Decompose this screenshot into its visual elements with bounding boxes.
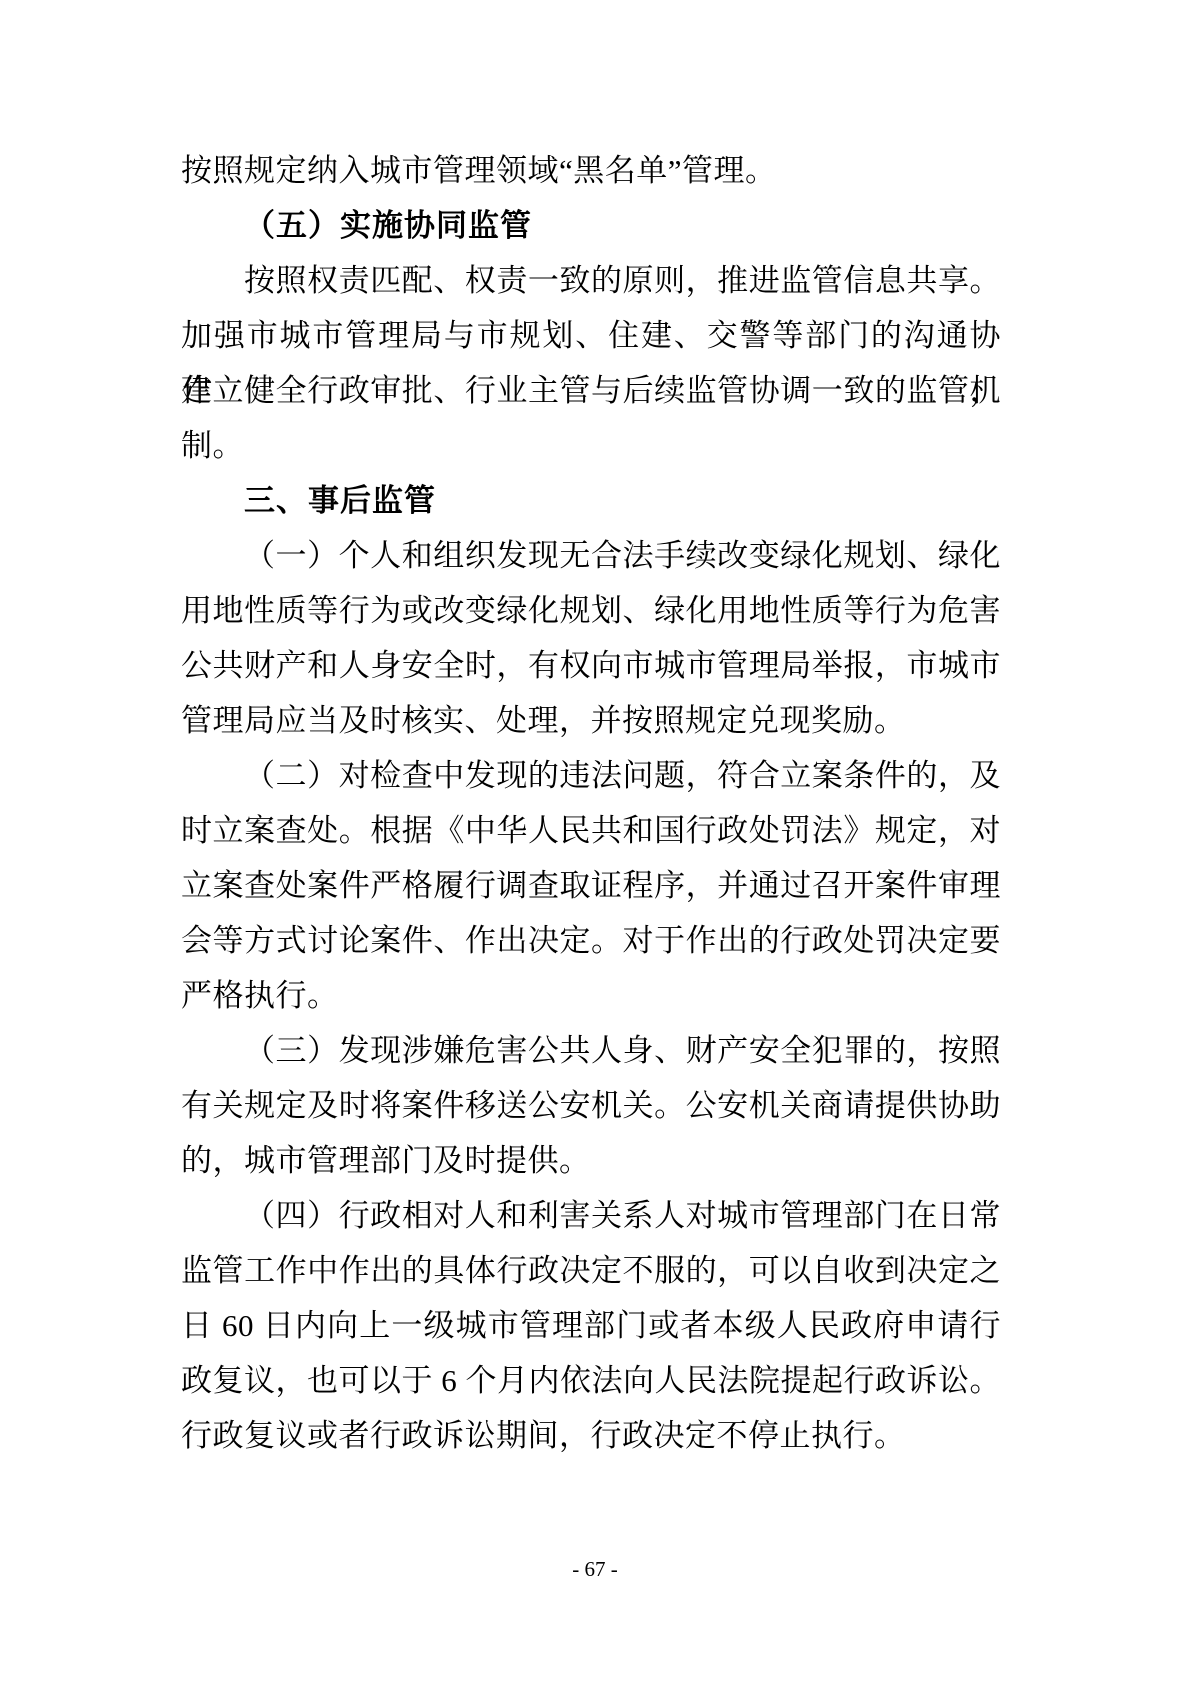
text-line: 时立案查处。根据《中华人民共和国行政处罚法》规定，对 xyxy=(181,803,1001,858)
text-line: 制。 xyxy=(181,418,1001,473)
text-line: 用地性质等行为或改变绿化规划、绿化用地性质等行为危害 xyxy=(181,583,1001,638)
section-heading: 三、事后监管 xyxy=(181,473,1001,528)
text-line: 政复议，也可以于 6 个月内依法向人民法院提起行政诉讼。 xyxy=(181,1353,1001,1408)
text-line: （四）行政相对人和利害关系人对城市管理部门在日常 xyxy=(181,1188,1001,1243)
text-line: （二）对检查中发现的违法问题，符合立案条件的，及 xyxy=(181,748,1001,803)
text-line: 会等方式讨论案件、作出决定。对于作出的行政处罚决定要 xyxy=(181,913,1001,968)
document-body: 按照规定纳入城市管理领域“黑名单”管理。（五）实施协同监管按照权责匹配、权责一致… xyxy=(181,143,1001,1463)
text-line: 立案查处案件严格履行调查取证程序，并通过召开案件审理 xyxy=(181,858,1001,913)
text-line: 监管工作中作出的具体行政决定不服的，可以自收到决定之 xyxy=(181,1243,1001,1298)
text-line: 的，城市管理部门及时提供。 xyxy=(181,1133,1001,1188)
text-line: 严格执行。 xyxy=(181,968,1001,1023)
text-line: 按照权责匹配、权责一致的原则，推进监管信息共享。 xyxy=(181,253,1001,308)
document-page: 按照规定纳入城市管理领域“黑名单”管理。（五）实施协同监管按照权责匹配、权责一致… xyxy=(0,0,1190,1683)
text-line: 有关规定及时将案件移送公安机关。公安机关商请提供协助 xyxy=(181,1078,1001,1133)
text-line: 日 60 日内向上一级城市管理部门或者本级人民政府申请行 xyxy=(181,1298,1001,1353)
text-line: 按照规定纳入城市管理领域“黑名单”管理。 xyxy=(181,143,1001,198)
text-line: 行政复议或者行政诉讼期间，行政决定不停止执行。 xyxy=(181,1408,1001,1463)
text-line: 建立健全行政审批、行业主管与后续监管协调一致的监管机 xyxy=(181,363,1001,418)
text-line: （三）发现涉嫌危害公共人身、财产安全犯罪的，按照 xyxy=(181,1023,1001,1078)
page-number: - 67 - xyxy=(0,1553,1190,1585)
text-line: （一）个人和组织发现无合法手续改变绿化规划、绿化 xyxy=(181,528,1001,583)
text-line: 加强市城市管理局与市规划、住建、交警等部门的沟通协作， xyxy=(181,308,1001,363)
section-heading: （五）实施协同监管 xyxy=(181,198,1001,253)
text-line: 公共财产和人身安全时，有权向市城市管理局举报，市城市 xyxy=(181,638,1001,693)
text-line: 管理局应当及时核实、处理，并按照规定兑现奖励。 xyxy=(181,693,1001,748)
